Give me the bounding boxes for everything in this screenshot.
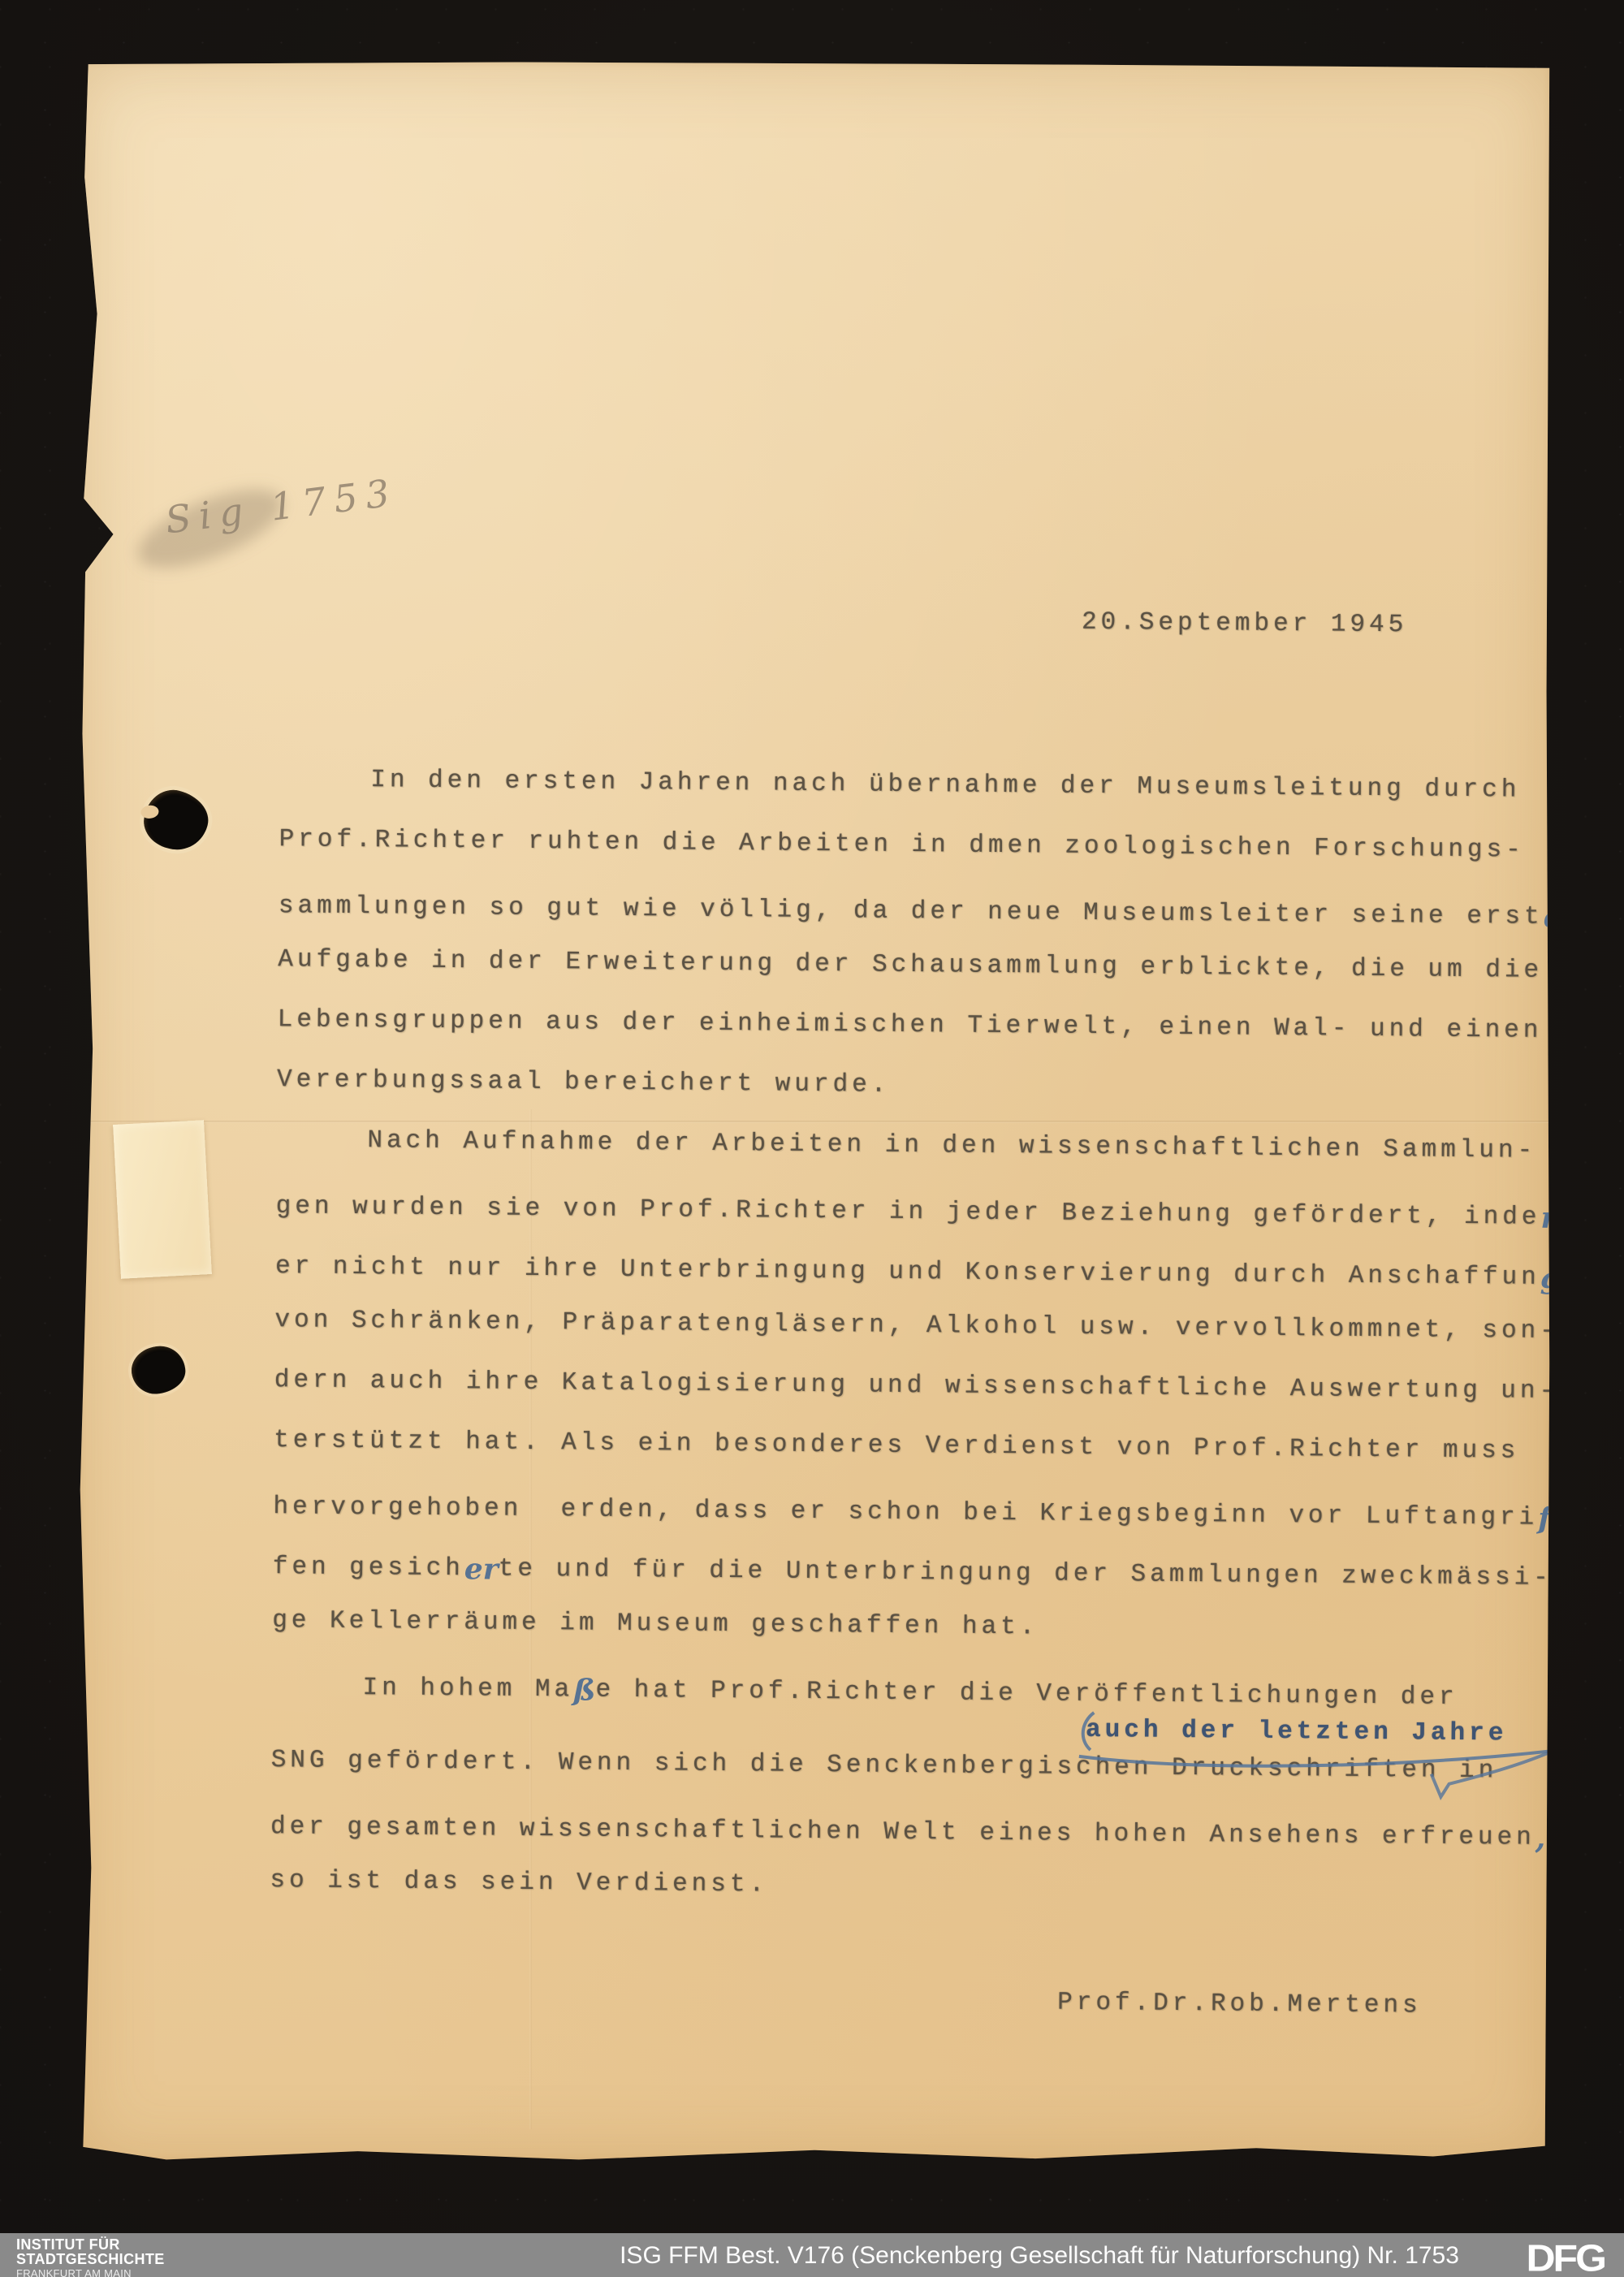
typed-line: gen wurden sie von Prof.Richter in jeder… — [276, 1186, 1572, 1232]
typed-text: In den ersten Jahren nach übernahme der … — [370, 766, 1520, 804]
handwritten-correction: ß — [573, 1673, 596, 1707]
typed-text: sammlungen so gut wie völlig, da der neu… — [279, 892, 1544, 931]
typed-text: er nicht nur ihre Unterbringung und Kons… — [275, 1252, 1540, 1292]
typed-line: er nicht nur ihre Unterbringung und Kons… — [275, 1246, 1561, 1292]
typed-text: terstützt hat. Als ein besonderes Verdie… — [274, 1426, 1519, 1465]
typed-line: terstützt hat. Als ein besonderes Verdie… — [274, 1426, 1519, 1465]
archive-reference: ISG FFM Best. V176 (Senckenberg Gesellsc… — [568, 2242, 1510, 2270]
letter-page: Sig 1753 20.September 1945 In den ersten… — [78, 62, 1551, 2162]
typed-text: Vererbungssaal bereichert wurde. — [277, 1065, 891, 1100]
typed-line: In hohem Maße hat Prof.Richter die Veröf… — [362, 1667, 1458, 1712]
typed-line: dern auch ihre Katalogisierung und wisse… — [274, 1366, 1559, 1406]
typed-text: gen wurden sie von Prof.Richter in jeder… — [276, 1192, 1541, 1232]
typed-line: so ist das sein Verdienst. — [270, 1866, 768, 1899]
typed-text: dern auch ihre Katalogisierung und wisse… — [274, 1366, 1559, 1406]
insertion-text: auch der letzten Jahre — [1086, 1716, 1508, 1748]
typed-text: te und für die Unterbringung der Sammlun… — [499, 1555, 1553, 1592]
institute-name-line2: STADTGESCHICHTE — [16, 2252, 165, 2266]
typed-text: von Schränken, Präparatengläsern, Alkoho… — [274, 1306, 1559, 1346]
handwritten-correction: er — [464, 1552, 499, 1586]
institute-logo-text: INSTITUT FÜR STADTGESCHICHTE FRANKFURT A… — [16, 2237, 165, 2277]
typed-line: Prof.Richter ruhten die Arbeiten in dmen… — [279, 825, 1524, 864]
typed-line: sammlungen so gut wie völlig, da der neu… — [279, 885, 1562, 931]
typed-line: hervorgehoben erden, dass er schon bei K… — [273, 1486, 1551, 1532]
archive-footer-bar: INSTITUT FÜR STADTGESCHICHTE FRANKFURT A… — [0, 2233, 1624, 2277]
typed-text: Prof.Richter ruhten die Arbeiten in dmen… — [279, 825, 1524, 864]
typed-text: In hohem Ma — [362, 1674, 573, 1704]
typed-line: Lebensgruppen aus der einheimischen Tier… — [278, 1005, 1543, 1045]
signature: Prof.Dr.Rob.Mertens — [1057, 1989, 1422, 2020]
typed-line: von Schränken, Präparatengläsern, Alkoho… — [274, 1306, 1559, 1346]
typed-line: Vererbungssaal bereichert wurde. — [277, 1065, 891, 1100]
typed-text: ge Kellerräume im Museum geschaffen hat. — [272, 1606, 1039, 1641]
typed-line: Aufgabe in der Erweiterung der Schausamm… — [278, 945, 1543, 985]
typed-line: fen gesicherte und für die Unterbringung… — [273, 1546, 1553, 1592]
typed-text: hervorgehoben erden, dass er schon bei K… — [273, 1493, 1538, 1532]
handwritten-insertion: auch der letzten Jahre — [1065, 1705, 1624, 1856]
typed-text-layer: 20.September 1945 In den ersten Jahren n… — [59, 62, 1550, 2175]
date-line: 20.September 1945 — [1082, 608, 1408, 640]
typed-line: In den ersten Jahren nach übernahme der … — [370, 766, 1520, 804]
typed-line: ge Kellerräume im Museum geschaffen hat. — [272, 1606, 1039, 1641]
dfg-logo: DFG — [1526, 2236, 1605, 2277]
typed-text: Aufgabe in der Erweiterung der Schausamm… — [278, 945, 1543, 985]
typed-text: Nach Aufnahme der Arbeiten in den wissen… — [367, 1126, 1536, 1165]
typed-line: Nach Aufnahme der Arbeiten in den wissen… — [367, 1126, 1536, 1165]
typed-text: so ist das sein Verdienst. — [270, 1866, 768, 1899]
typed-text: fen gesich — [273, 1553, 464, 1583]
institute-name-line1: INSTITUT FÜR — [16, 2237, 165, 2252]
typed-text: Lebensgruppen aus der einheimischen Tier… — [278, 1005, 1543, 1045]
institute-city: FRANKFURT AM MAIN — [16, 2268, 165, 2277]
